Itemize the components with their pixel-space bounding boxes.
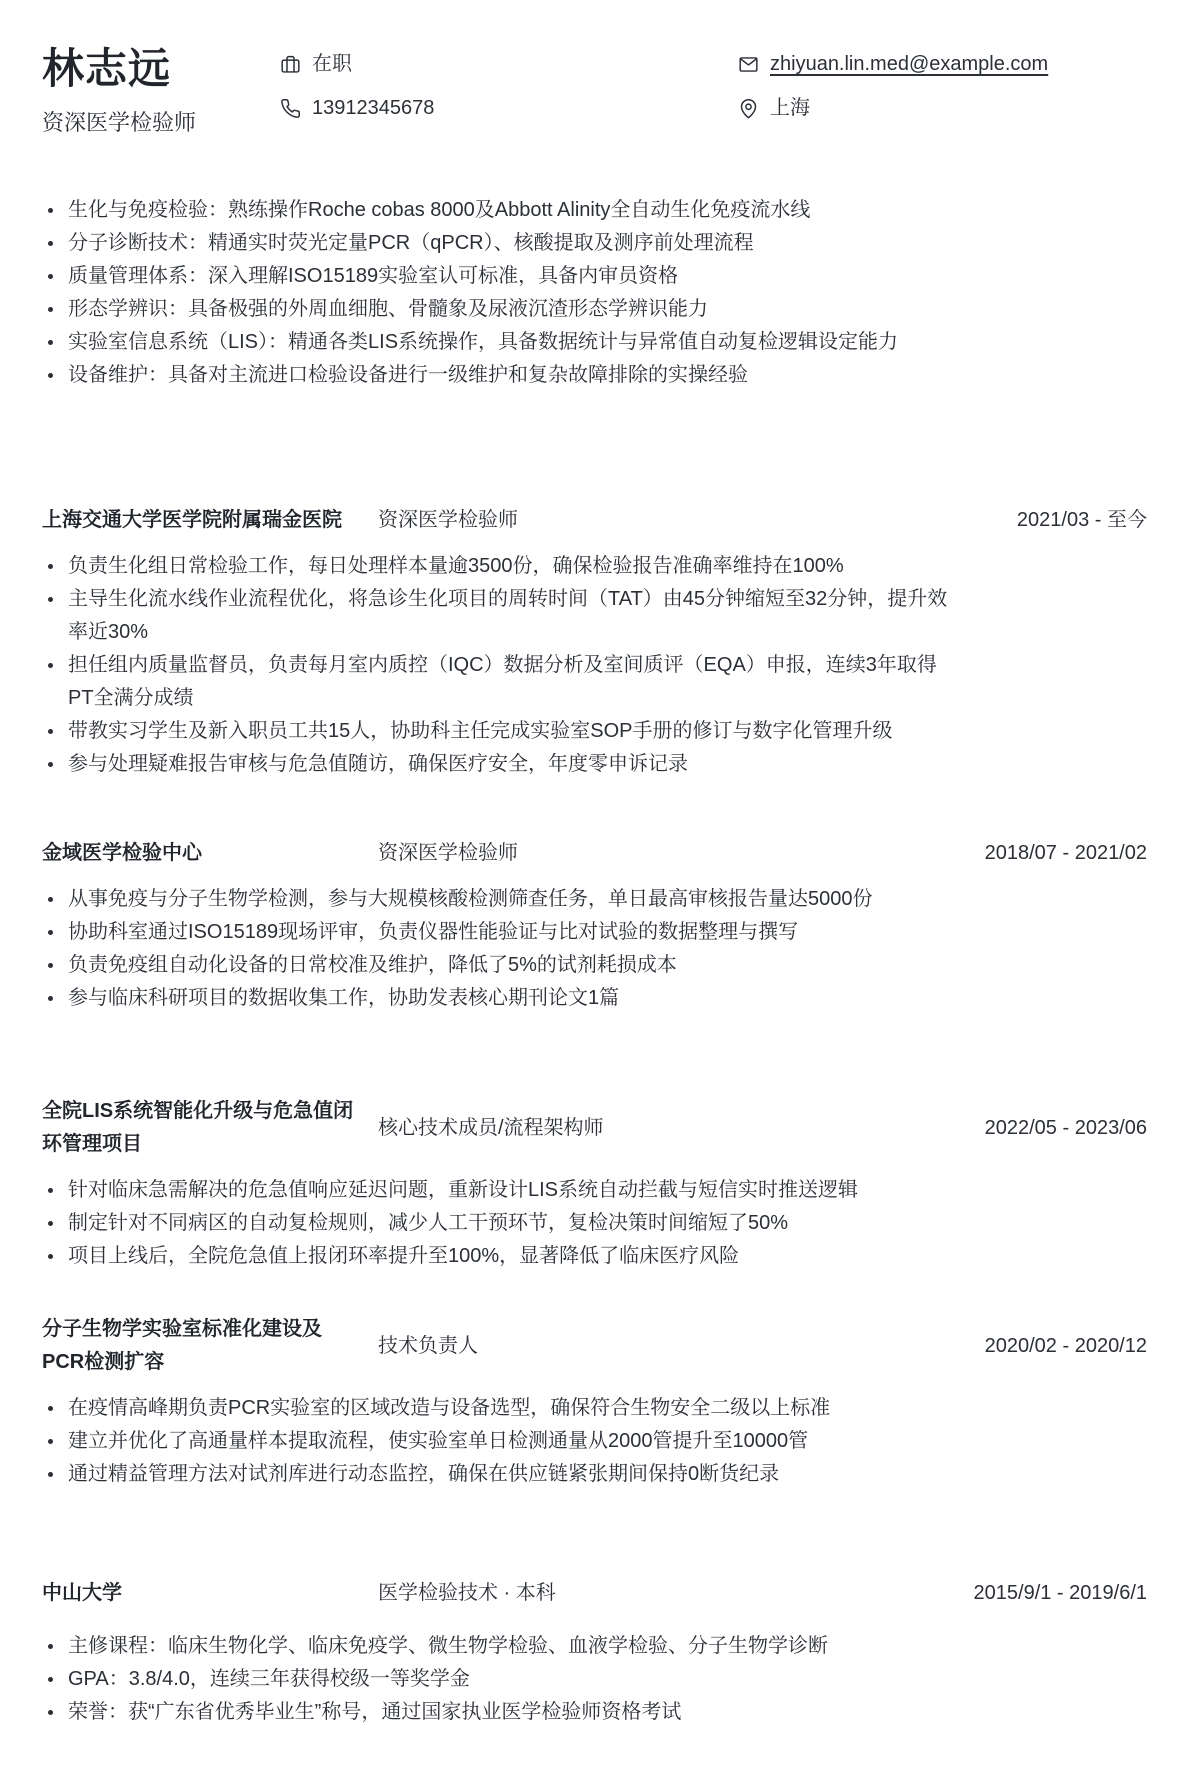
email-row: zhiyuan.lin.med@example.com [738,52,1147,76]
experience-header: 上海交通大学医学院附属瑞金医院 资深医学检验师 2021/03 - 至今 [42,504,1147,537]
project-role: 核心技术成员/流程架构师 [378,1112,985,1145]
experience-bullet: 负责免疫组自动化设备的日常校准及维护，降低了5%的试剂耗损成本 [42,949,958,982]
experience-entry: 上海交通大学医学院附属瑞金医院 资深医学检验师 2021/03 - 至今 负责生… [42,504,1147,781]
company-name: 金域医学检验中心 [42,837,354,870]
experience-bullet: 主导生化流水线作业流程优化，将急诊生化项目的周转时间（TAT）由45分钟缩短至3… [42,583,958,649]
skill-item: 分子诊断技术：精通实时荧光定量PCR（qPCR）、核酸提取及测序前处理流程 [42,227,958,260]
skills-list: 生化与免疫检验：熟练操作Roche cobas 8000及Abbott Alin… [42,194,958,392]
project-bullet: 通过精益管理方法对试剂库进行动态监控，确保在供应链紧张期间保持0断货纪录 [42,1458,958,1491]
project-bullet: 项目上线后，全院危急值上报闭环率提升至100%，显著降低了临床医疗风险 [42,1240,958,1273]
resume-page: 林志远 资深医学检验师 在职 13912345678 [0,0,1191,1729]
project-bullet: 在疫情高峰期负责PCR实验室的区域改造与设备选型，确保符合生物安全二级以上标准 [42,1392,958,1425]
project-name: 分子生物学实验室标准化建设及PCR检测扩容 [42,1313,354,1379]
project-role: 技术负责人 [378,1330,985,1363]
project-bullet: 制定针对不同病区的自动复检规则，减少人工干预环节，复检决策时间缩短了50% [42,1207,958,1240]
briefcase-icon [280,54,301,75]
date-range: 2022/05 - 2023/06 [985,1112,1147,1145]
employment-status: 在职 [312,52,352,76]
experience-bullet: 负责生化组日常检验工作，每日处理样本量逾3500份，确保检验报告准确率维持在10… [42,550,958,583]
experience-bullet: 担任组内质量监督员，负责每月室内质控（IQC）数据分析及室间质评（EQA）申报，… [42,649,958,715]
education-header: 中山大学 医学检验技术 · 本科 2015/9/1 - 2019/6/1 [42,1577,1147,1610]
experience-bullet: 参与临床科研项目的数据收集工作，协助发表核心期刊论文1篇 [42,982,958,1015]
skill-item: 形态学辨识：具备极强的外周血细胞、骨髓象及尿液沉渣形态学辨识能力 [42,293,958,326]
project-header: 分子生物学实验室标准化建设及PCR检测扩容 技术负责人 2020/02 - 20… [42,1313,1147,1379]
candidate-name: 林志远 [42,44,280,94]
identity-block: 林志远 资深医学检验师 [42,44,280,140]
experience-bullet: 从事免疫与分子生物学检测，参与大规模核酸检测筛查任务，单日最高审核报告量达500… [42,883,958,916]
experience-bullets: 负责生化组日常检验工作，每日处理样本量逾3500份，确保检验报告准确率维持在10… [42,550,958,781]
experience-header: 金域医学检验中心 资深医学检验师 2018/07 - 2021/02 [42,837,1147,870]
education-bullets: 主修课程：临床生物化学、临床免疫学、微生物学检验、血液学检验、分子生物学诊断 G… [42,1630,958,1729]
project-bullets: 在疫情高峰期负责PCR实验室的区域改造与设备选型，确保符合生物安全二级以上标准 … [42,1392,958,1491]
school-name: 中山大学 [42,1577,354,1610]
project-bullet: 建立并优化了高通量样本提取流程，使实验室单日检测通量从2000管提升至10000… [42,1425,958,1458]
project-bullets: 针对临床急需解决的危急值响应延迟问题，重新设计LIS系统自动拦截与短信实时推送逻… [42,1174,958,1273]
skill-item: 设备维护：具备对主流进口检验设备进行一级维护和复杂故障排除的实操经验 [42,359,958,392]
date-range: 2021/03 - 至今 [1017,504,1147,537]
experience-bullet: 参与处理疑难报告审核与危急值随访，确保医疗安全，年度零申诉记录 [42,748,958,781]
phone-row: 13912345678 [280,96,738,120]
date-range: 2020/02 - 2020/12 [985,1330,1147,1363]
project-name: 全院LIS系统智能化升级与危急值闭环管理项目 [42,1095,354,1161]
experience-bullet: 协助科室通过ISO15189现场评审，负责仪器性能验证与比对试验的数据整理与撰写 [42,916,958,949]
candidate-title: 资深医学检验师 [42,106,280,137]
job-role: 资深医学检验师 [378,504,1017,537]
experience-bullet: 带教实习学生及新入职员工共15人，协助科主任完成实验室SOP手册的修订与数字化管… [42,715,958,748]
location: 上海 [770,96,810,120]
project-bullet: 针对临床急需解决的危急值响应延迟问题，重新设计LIS系统自动拦截与短信实时推送逻… [42,1174,958,1207]
project-header: 全院LIS系统智能化升级与危急值闭环管理项目 核心技术成员/流程架构师 2022… [42,1095,1147,1161]
skill-item: 实验室信息系统（LIS）：精通各类LIS系统操作，具备数据统计与异常值自动复检逻… [42,326,958,359]
phone-number: 13912345678 [312,96,434,120]
mail-icon [738,54,759,75]
education-bullet: 主修课程：临床生物化学、临床免疫学、微生物学检验、血液学检验、分子生物学诊断 [42,1630,958,1663]
experience-bullets: 从事免疫与分子生物学检测，参与大规模核酸检测筛查任务，单日最高审核报告量达500… [42,883,958,1015]
degree: 医学检验技术 · 本科 [378,1577,974,1610]
experience-entry: 金域医学检验中心 资深医学检验师 2018/07 - 2021/02 从事免疫与… [42,837,1147,1015]
employment-status-row: 在职 [280,52,738,76]
date-range: 2018/07 - 2021/02 [985,837,1147,870]
location-row: 上海 [738,96,1147,120]
education-bullet: 荣誉：获“广东省优秀毕业生”称号，通过国家执业医学检验师资格考试 [42,1696,958,1729]
contact-info: 在职 13912345678 zhiyuan.lin.med@example.c… [280,44,1147,140]
location-pin-icon [738,98,759,119]
project-entry: 全院LIS系统智能化升级与危急值闭环管理项目 核心技术成员/流程架构师 2022… [42,1095,1147,1273]
job-role: 资深医学检验师 [378,837,985,870]
phone-icon [280,98,301,119]
resume-header: 林志远 资深医学检验师 在职 13912345678 [42,44,1147,140]
project-entry: 分子生物学实验室标准化建设及PCR检测扩容 技术负责人 2020/02 - 20… [42,1313,1147,1491]
date-range: 2015/9/1 - 2019/6/1 [974,1577,1147,1610]
company-name: 上海交通大学医学院附属瑞金医院 [42,504,354,537]
education-entry: 中山大学 医学检验技术 · 本科 2015/9/1 - 2019/6/1 主修课… [42,1577,1147,1729]
email-link[interactable]: zhiyuan.lin.med@example.com [770,52,1048,76]
education-bullet: GPA：3.8/4.0，连续三年获得校级一等奖学金 [42,1663,958,1696]
skills-section: 生化与免疫检验：熟练操作Roche cobas 8000及Abbott Alin… [42,194,1147,392]
skill-item: 生化与免疫检验：熟练操作Roche cobas 8000及Abbott Alin… [42,194,958,227]
contact-column-right: zhiyuan.lin.med@example.com 上海 [738,52,1147,140]
skill-item: 质量管理体系：深入理解ISO15189实验室认可标准，具备内审员资格 [42,260,958,293]
contact-column-left: 在职 13912345678 [280,52,738,140]
